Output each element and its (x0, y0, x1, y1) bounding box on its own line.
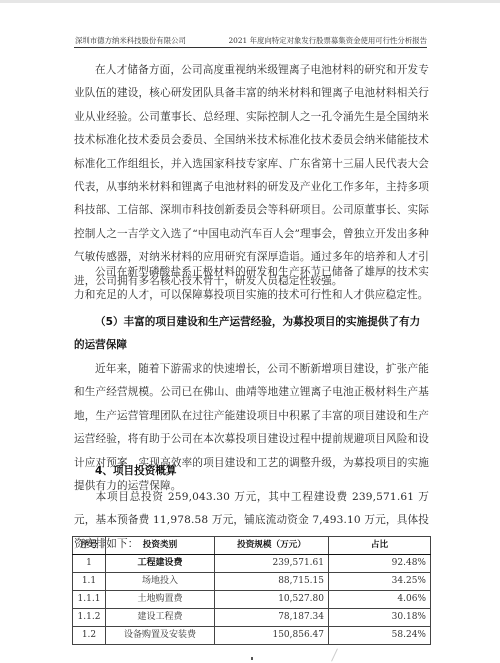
cell-amount: 150,856.47 (215, 627, 329, 645)
section-heading-investment-estimate: 4、项目投资概算 (95, 460, 450, 483)
table-header-row: 序号 投资类别 投资规模（万元） 占比 (73, 537, 431, 555)
cell-no: 1.2 (73, 627, 106, 645)
column-header-category: 投资类别 (106, 537, 215, 555)
table-row: 1.1.1 土地购置费 10,527.80 4.06% (73, 591, 431, 609)
cell-no: 1.1 (73, 573, 106, 591)
scan-artifact-stroke (331, 648, 338, 661)
subheading-operations-experience: （5）丰富的项目建设和生产运营经验，为募投项目的实施提供了有力的运营保障 (74, 311, 429, 357)
paragraph-tech-strength: 公司在新型磷酸盐系正极材料的研发和生产环节已储备了雄厚的技术实力和充足的人才，可… (74, 261, 429, 308)
cell-ratio: 34.25% (329, 573, 431, 591)
cell-ratio: 58.24% (329, 627, 431, 645)
table-row: 1.1.2 建设工程费 78,187.34 30.18% (73, 609, 431, 627)
scan-artifact-dot (251, 657, 253, 660)
cell-amount: 88,715.15 (215, 573, 329, 591)
running-header: 深圳市德方纳米科技股份有限公司 2021 年度向特定对象发行股票募集资金使用可行… (74, 36, 427, 48)
table-row: 1 工程建设费 239,571.61 92.48% (73, 555, 431, 573)
cell-category: 建设工程费 (106, 609, 215, 627)
table-row: 1.2 设备购置及安装费 150,856.47 58.24% (73, 627, 431, 645)
column-header-ratio: 占比 (329, 537, 431, 555)
cell-amount: 10,527.80 (215, 591, 329, 609)
cell-amount: 78,187.34 (215, 609, 329, 627)
column-header-no: 序号 (73, 537, 106, 555)
cell-amount: 239,571.61 (215, 555, 329, 573)
cell-category: 土地购置费 (106, 591, 215, 609)
cell-category: 设备购置及安装费 (106, 627, 215, 645)
paragraph-talent-reserve: 在人才储备方面，公司高度重视纳米级锂离子电池材料的研究和开发专业队伍的建设，核心… (74, 59, 429, 293)
cell-category: 场地投入 (106, 573, 215, 591)
cell-ratio: 4.06% (329, 591, 431, 609)
cell-no: 1 (73, 555, 106, 573)
header-report-title: 2021 年度向特定对象发行股票募集资金使用可行性分析报告 (228, 36, 427, 46)
cell-category: 工程建设费 (106, 555, 215, 573)
investment-table: 序号 投资类别 投资规模（万元） 占比 1 工程建设费 239,571.61 9… (72, 536, 431, 645)
cell-ratio: 92.48% (329, 555, 431, 573)
cell-ratio: 30.18% (329, 609, 431, 627)
cell-no: 1.1.2 (73, 609, 106, 627)
paragraph-text: 公司在新型磷酸盐系正极材料的研发和生产环节已储备了雄厚的技术实力和充足的人才，可… (74, 266, 429, 301)
cell-no: 1.1.1 (73, 591, 106, 609)
column-header-amount: 投资规模（万元） (215, 537, 329, 555)
paragraph-text: 在人才储备方面，公司高度重视纳米级锂离子电池材料的研究和开发专业队伍的建设，核心… (74, 64, 429, 287)
viewer-top-band (0, 0, 500, 3)
table-row: 1.1 场地投入 88,715.15 34.25% (73, 573, 431, 591)
header-company-name: 深圳市德方纳米科技股份有限公司 (75, 36, 186, 46)
